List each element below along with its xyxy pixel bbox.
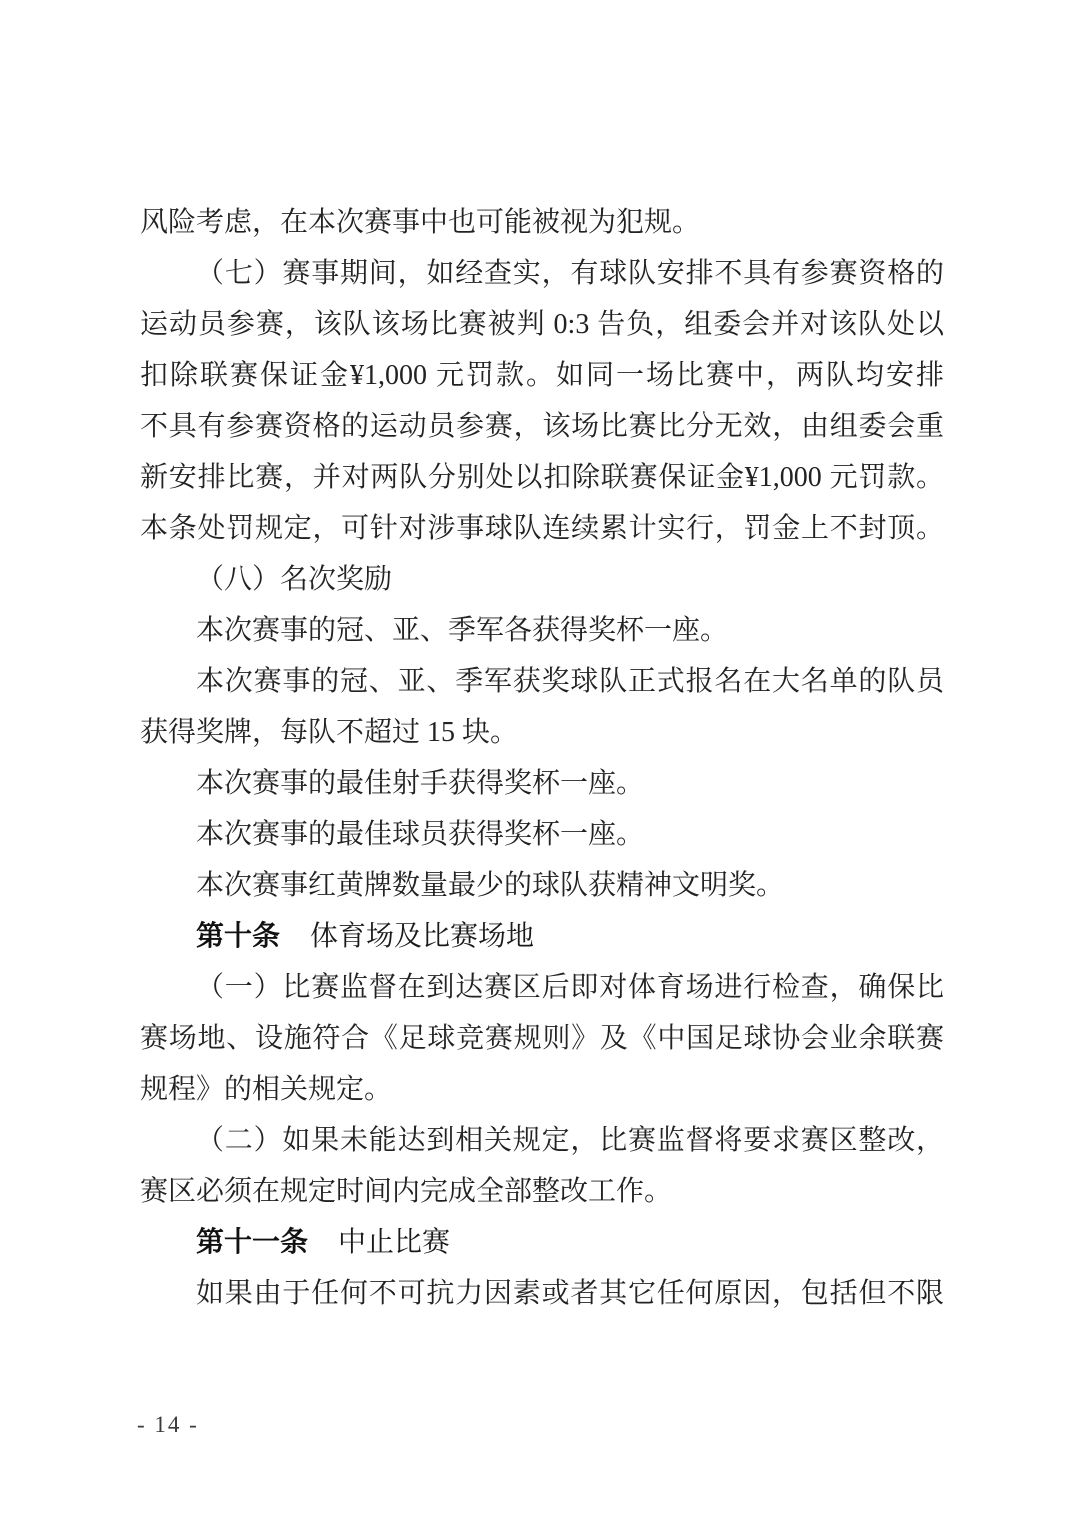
page-number: - 14 - [137, 1410, 199, 1440]
article-heading-line: 第十一条中止比赛 [140, 1217, 944, 1268]
text-line: 规程》的相关规定。 [140, 1064, 944, 1115]
text-line: 本次赛事的最佳球员获得奖杯一座。 [140, 809, 944, 860]
text-line: 赛场地、设施符合《足球竞赛规则》及《中国足球协会业余联赛 [140, 1013, 944, 1064]
text-line: 运动员参赛，该队该场比赛被判 0:3 告负，组委会并对该队处以 [140, 299, 944, 350]
article-number: 第十一条 [196, 1227, 308, 1258]
text-line: （一）比赛监督在到达赛区后即对体育场进行检查，确保比 [140, 962, 944, 1013]
text-line: 本条处罚规定，可针对涉事球队连续累计实行，罚金上不封顶。 [140, 503, 944, 554]
document-body: 风险考虑，在本次赛事中也可能被视为犯规。（七）赛事期间，如经查实，有球队安排不具… [140, 197, 944, 1319]
article-number: 第十条 [196, 921, 280, 952]
text-line: 本次赛事红黄牌数量最少的球队获精神文明奖。 [140, 860, 944, 911]
text-line: 获得奖牌，每队不超过 15 块。 [140, 707, 944, 758]
document-page: 风险考虑，在本次赛事中也可能被视为犯规。（七）赛事期间，如经查实，有球队安排不具… [0, 0, 1080, 1527]
text-line: 如果由于任何不可抗力因素或者其它任何原因，包括但不限 [140, 1268, 944, 1319]
text-line: 赛区必须在规定时间内完成全部整改工作。 [140, 1166, 944, 1217]
text-line: 不具有参赛资格的运动员参赛，该场比赛比分无效，由组委会重 [140, 401, 944, 452]
text-line: 新安排比赛，并对两队分别处以扣除联赛保证金¥1,000 元罚款。 [140, 452, 944, 503]
text-line: （八）名次奖励 [140, 554, 944, 605]
text-line: 风险考虑，在本次赛事中也可能被视为犯规。 [140, 197, 944, 248]
text-line: （二）如果未能达到相关规定，比赛监督将要求赛区整改， [140, 1115, 944, 1166]
article-heading-line: 第十条体育场及比赛场地 [140, 911, 944, 962]
text-line: （七）赛事期间，如经查实，有球队安排不具有参赛资格的 [140, 248, 944, 299]
text-line: 扣除联赛保证金¥1,000 元罚款。如同一场比赛中，两队均安排 [140, 350, 944, 401]
text-line: 本次赛事的冠、亚、季军获奖球队正式报名在大名单的队员 [140, 656, 944, 707]
article-title: 中止比赛 [338, 1227, 450, 1258]
text-line: 本次赛事的最佳射手获得奖杯一座。 [140, 758, 944, 809]
text-line: 本次赛事的冠、亚、季军各获得奖杯一座。 [140, 605, 944, 656]
article-title: 体育场及比赛场地 [310, 921, 534, 952]
